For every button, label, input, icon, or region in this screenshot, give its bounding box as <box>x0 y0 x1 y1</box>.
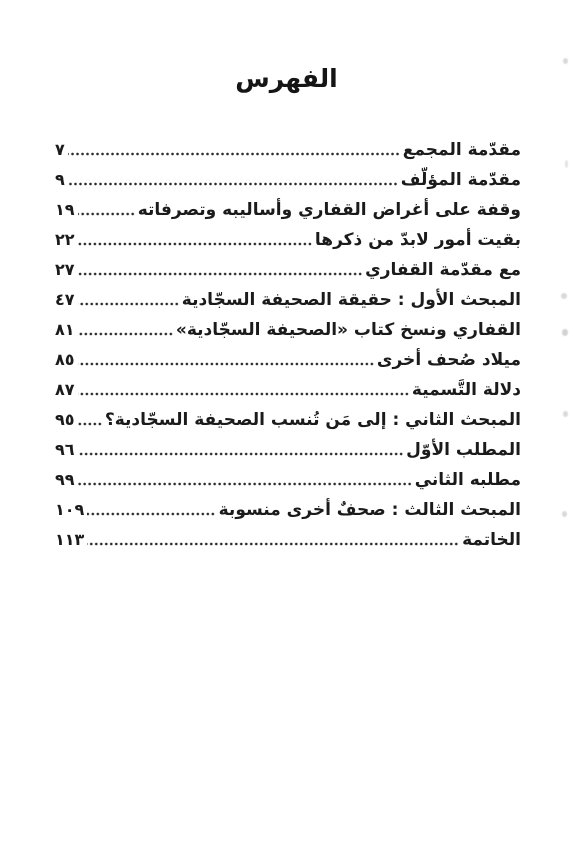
dot-leader <box>78 422 102 426</box>
page-title: الفهرس <box>0 64 573 93</box>
scanned-book-page: الفهرس مقدّمة المجمع ٧ مقدّمة المؤلّف ٩ … <box>0 0 573 854</box>
toc-page-number: ٧ <box>55 136 65 164</box>
toc-entry: المطلب الأوّل ٩٦ <box>55 434 521 464</box>
toc-entry: مقدّمة المجمع ٧ <box>55 134 521 164</box>
toc-page-number: ٤٧ <box>55 286 75 314</box>
dot-leader <box>87 512 215 516</box>
toc-page-number: ٨٧ <box>55 376 75 404</box>
toc-entry: مطلبه الثاني ٩٩ <box>55 464 521 494</box>
toc-entry-title: دلالة التَّسمية <box>412 376 521 404</box>
toc-entry: دلالة التَّسمية ٨٧ <box>55 374 521 404</box>
toc-page-number: ١١٣ <box>55 526 84 554</box>
dot-leader <box>78 212 135 216</box>
toc-entry-title: المبحث الأول : حقيقة الصحيفة السجّادية <box>182 286 521 314</box>
toc-page-number: ٨١ <box>55 316 75 344</box>
toc-entry: القفاري ونسخ كتاب «الصحيفة السجّادية» ٨١ <box>55 314 521 344</box>
toc-entry-title: مقدّمة المؤلّف <box>401 166 521 194</box>
toc-entry-title: ميلاد صُحف أخرى <box>377 346 521 374</box>
dot-leader <box>68 182 398 186</box>
toc-entry-title: المطلب الأوّل <box>406 436 521 464</box>
dot-leader <box>78 452 404 456</box>
toc-entry: وقفة على أغراض القفاري وأساليبه وتصرفاته… <box>55 194 521 224</box>
toc-page-number: ١٠٩ <box>55 496 84 524</box>
dot-leader <box>78 392 409 396</box>
toc-entry-title: المبحث الثالث : صحفٌ أخرى منسوبة <box>219 496 521 524</box>
toc-entry-title: مقدّمة المجمع <box>403 136 521 164</box>
toc-page-number: ٢٧ <box>55 256 75 284</box>
toc-page-number: ٨٥ <box>55 346 75 374</box>
dot-leader <box>78 242 312 246</box>
toc-entry-title: الخاتمة <box>462 526 521 554</box>
toc-entry-title: بقيت أمور لابدّ من ذكرها <box>315 226 521 254</box>
scan-artifact <box>562 329 568 336</box>
toc-entry-title: القفاري ونسخ كتاب «الصحيفة السجّادية» <box>176 316 521 344</box>
dot-leader <box>78 272 363 276</box>
toc-entry-title: وقفة على أغراض القفاري وأساليبه وتصرفاته <box>138 196 521 224</box>
toc-entry: ميلاد صُحف أخرى ٨٥ <box>55 344 521 374</box>
toc-page-number: ١٩ <box>55 196 75 224</box>
dot-leader <box>78 332 173 336</box>
toc-page-number: ٩ <box>55 166 65 194</box>
scan-artifact <box>563 411 568 417</box>
scan-artifact <box>561 293 567 299</box>
toc-entry: المبحث الأول : حقيقة الصحيفة السجّادية ٤… <box>55 284 521 314</box>
scan-artifact <box>563 58 568 64</box>
toc-entry: مقدّمة المؤلّف ٩ <box>55 164 521 194</box>
toc-entry-title: مطلبه الثاني <box>415 466 521 494</box>
toc-entry-title: مع مقدّمة القفاري <box>365 256 521 284</box>
toc-entry: الخاتمة ١١٣ <box>55 524 521 554</box>
toc-entry-title: المبحث الثاني : إلى مَن تُنسب الصحيفة ال… <box>105 406 521 434</box>
toc-entry: مع مقدّمة القفاري ٢٧ <box>55 254 521 284</box>
scan-artifact <box>562 511 567 517</box>
dot-leader <box>78 302 179 306</box>
toc-entry: المبحث الثاني : إلى مَن تُنسب الصحيفة ال… <box>55 404 521 434</box>
toc-page-number: ٢٢ <box>55 226 75 254</box>
toc-page-number: ٩٩ <box>55 466 75 494</box>
scan-artifact <box>565 160 568 168</box>
table-of-contents: مقدّمة المجمع ٧ مقدّمة المؤلّف ٩ وقفة عل… <box>55 134 521 554</box>
dot-leader <box>78 362 374 366</box>
toc-page-number: ٩٦ <box>55 436 75 464</box>
toc-entry: بقيت أمور لابدّ من ذكرها ٢٢ <box>55 224 521 254</box>
dot-leader <box>87 542 459 546</box>
dot-leader <box>68 152 400 156</box>
toc-entry: المبحث الثالث : صحفٌ أخرى منسوبة ١٠٩ <box>55 494 521 524</box>
toc-page-number: ٩٥ <box>55 406 75 434</box>
dot-leader <box>78 482 412 486</box>
